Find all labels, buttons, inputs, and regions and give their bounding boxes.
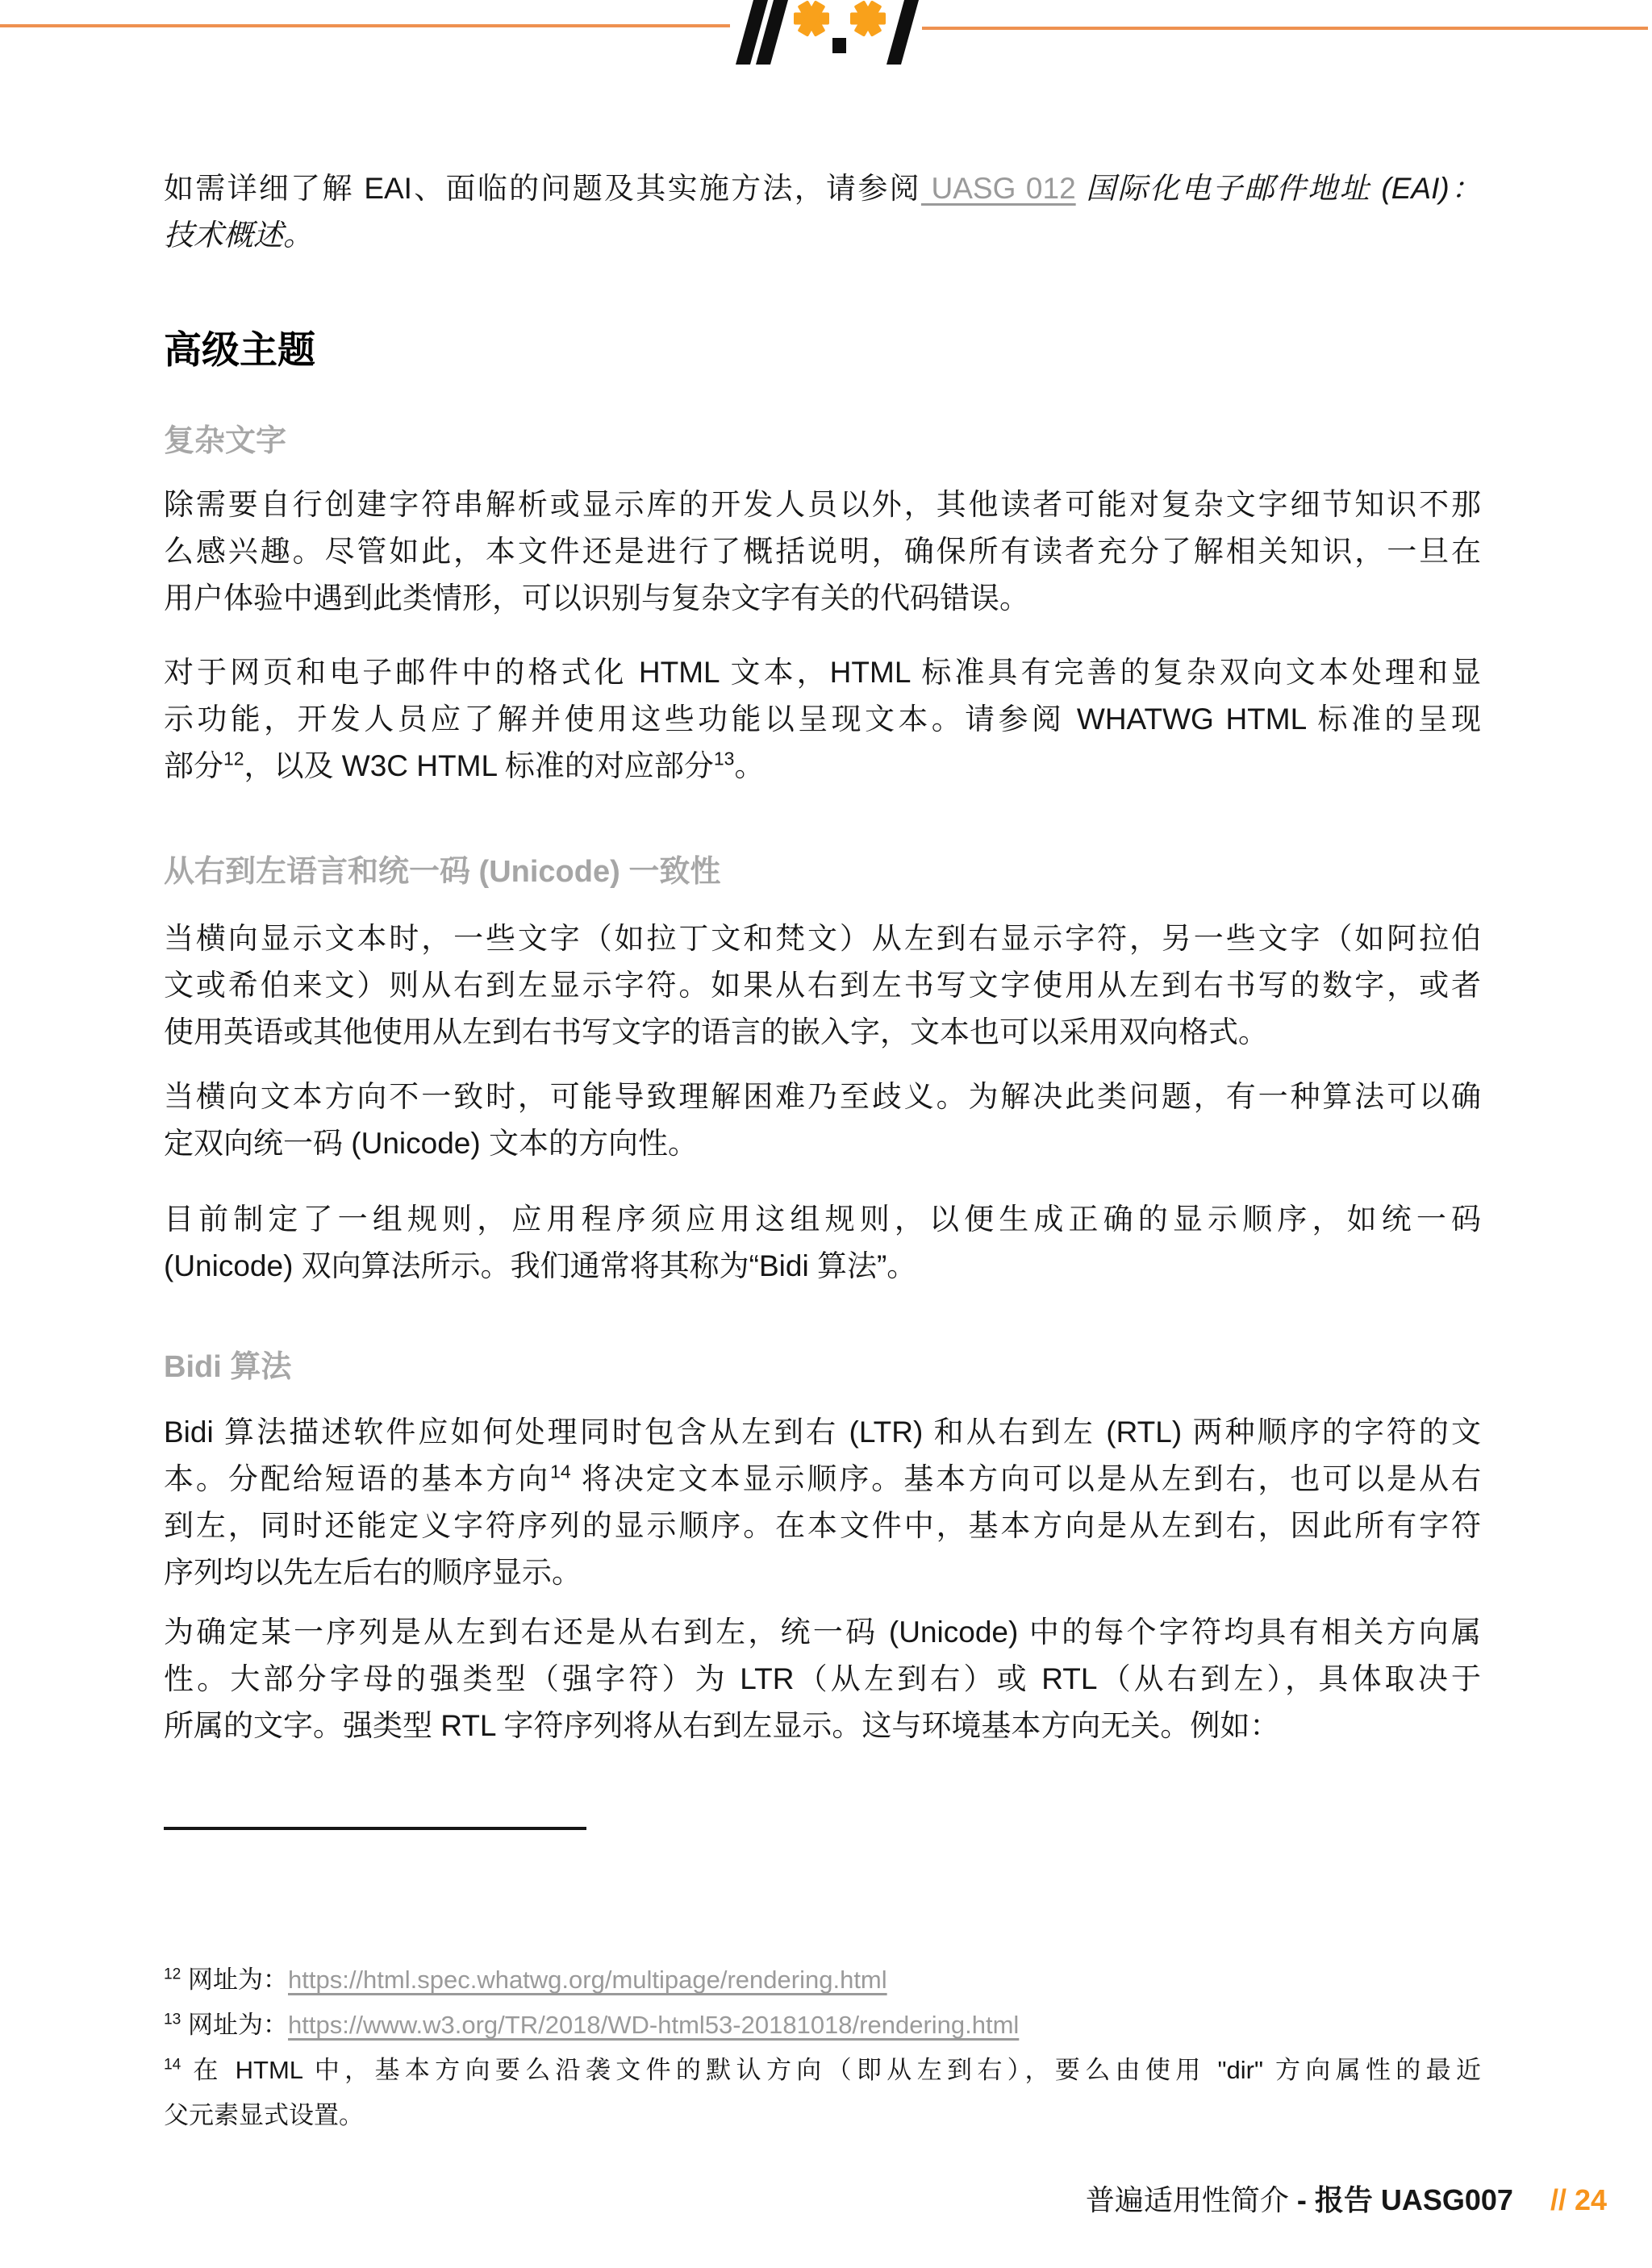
uasg-logo [728,0,940,65]
text-run: 本。分配给短语的基本方向 [164,1462,550,1495]
text-run: 定双向统一码 (Unicode) 文本的方向性。 [164,1127,698,1160]
text-run: 所属的文字。强类型 RTL 字符序列将从右到左显示。这与环境基本方向无关。例如： [164,1709,1279,1742]
footnotes: 12 网址为：https://html.spec.whatwg.org/mult… [164,1957,1481,2138]
text-run: 么感兴趣。尽管如此，本文件还是进行了概括说明，确保所有读者充分了解相关知识，一旦… [164,535,1481,568]
text-line: 定双向统一码 (Unicode) 文本的方向性。 [164,1120,1481,1167]
text-run: 性。大部分字母的强类型（强字符）为 LTR（从左到右）或 RTL（从右到左），具… [164,1662,1481,1695]
body-paragraph: 对于网页和电子邮件中的格式化 HTML 文本，HTML 标准具有完善的复杂双向文… [164,649,1481,790]
text-run: 12 [164,1966,181,1983]
footnote-12-link[interactable]: https://html.spec.whatwg.org/multipage/r… [288,1966,887,1994]
text-run: 。 [734,749,764,782]
text-run: 部分 [164,749,223,782]
footer-page-number: // 24 [1550,2183,1607,2216]
footnote-13-link[interactable]: https://www.w3.org/TR/2018/WD-html53-201… [288,2011,1019,2039]
text-run: 当横向文本方向不一致时，可能导致理解困难乃至歧义。为解决此类问题，有一种算法可以… [164,1080,1481,1113]
page-header [0,0,1652,73]
text-line: 本。分配给短语的基本方向14 将决定文本显示顺序。基本方向可以是从左到右，也可以… [164,1456,1481,1503]
text-run [1076,172,1087,205]
text-line: 目前制定了一组规则，应用程序须应用这组规则，以便生成正确的显示顺序，如统一码 [164,1196,1481,1243]
text-run: (Unicode) 双向算法所示。我们通常将其称为“Bidi 算法”。 [164,1249,916,1282]
footnote: 13 网址为：https://www.w3.org/TR/2018/WD-htm… [164,2003,1481,2048]
text-run: 文或希伯来文）则从右到左显示字符。如果从右到左书写文字使用从左到右书写的数字，或… [164,969,1481,1002]
text-run: 对于网页和电子邮件中的格式化 HTML 文本，HTML 标准具有完善的复杂双向文… [164,656,1481,689]
text-line: 序列均以先左后右的顺序显示。 [164,1549,1481,1596]
text-run: 14 [164,2057,181,2074]
text-line: 父元素显式设置。 [164,2093,1481,2138]
text-line: 除需要自行创建字符串解析或显示库的开发人员以外，其他读者可能对复杂文字细节知识不… [164,482,1481,528]
text-line: 技术概述。 [164,212,1481,259]
document-body: 如需详细了解 EAI、面临的问题及其实施方法，请参阅 UASG 012 国际化电… [164,165,1481,1749]
text-run: 13 [164,2012,181,2028]
text-run: 网址为： [181,2011,288,2039]
text-run: 目前制定了一组规则，应用程序须应用这组规则，以便生成正确的显示顺序，如统一码 [164,1203,1481,1236]
dot-icon [832,38,846,53]
text-run: 父元素显式设置。 [164,2101,364,2129]
document-page: 如需详细了解 EAI、面临的问题及其实施方法，请参阅 UASG 012 国际化电… [0,0,1652,2268]
text-run: Bidi 算法描述软件应如何处理同时包含从左到右 (LTR) 和从右到左 (RT… [164,1415,1481,1449]
text-run: 到左，同时还能定义字符序列的显示顺序。在本文件中，基本方向是从左到右，因此所有字… [164,1509,1481,1542]
text-run: 13 [714,748,735,769]
header-rule-right [922,27,1648,30]
logo-slashes [736,0,919,65]
body-paragraph: 当横向文本方向不一致时，可能导致理解困难乃至歧义。为解决此类问题，有一种算法可以… [164,1074,1481,1167]
text-line: 示功能，开发人员应了解并使用这些功能以呈现文本。请参阅 WHATWG HTML … [164,696,1481,743]
text-line: 使用英语或其他使用从左到右书写文字的语言的嵌入字，文本也可以采用双向格式。 [164,1009,1481,1056]
page-footer: 普遍适用性简介 - 报告 UASG007// 24 [1086,2183,1607,2218]
body-paragraph: Bidi 算法描述软件应如何处理同时包含从左到右 (LTR) 和从右到左 (RT… [164,1409,1481,1596]
text-line: 当横向显示文本时，一些文字（如拉丁文和梵文）从左到右显示字符，另一些文字（如阿拉… [164,915,1481,962]
body-paragraph: 为确定某一序列是从左到右还是从右到左，统一码 (Unicode) 中的每个字符均… [164,1609,1481,1749]
text-run: 14 [550,1461,571,1482]
footnote: 12 网址为：https://html.spec.whatwg.org/mult… [164,1957,1481,2003]
text-run: 12 [223,748,244,769]
text-run: ，以及 W3C HTML 标准的对应部分 [244,749,714,782]
section-heading: 高级主题 [164,325,1481,375]
uasg-012-link[interactable]: UASG 012 [921,172,1076,205]
text-run: 用户体验中遇到此类情形，可以识别与复杂文字有关的代码错误。 [164,582,1029,615]
text-run: 序列均以先左后右的顺序显示。 [164,1556,582,1589]
asterisk-right-icon [850,0,886,37]
footnote-separator [164,1827,586,1830]
text-line: 到左，同时还能定义字符序列的显示顺序。在本文件中，基本方向是从左到右，因此所有字… [164,1503,1481,1549]
text-run: 为确定某一序列是从左到右还是从右到左，统一码 (Unicode) 中的每个字符均… [164,1616,1481,1649]
text-line: 么感兴趣。尽管如此，本文件还是进行了概括说明，确保所有读者充分了解相关知识，一旦… [164,528,1481,575]
body-paragraph: 当横向显示文本时，一些文字（如拉丁文和梵文）从左到右显示字符，另一些文字（如阿拉… [164,915,1481,1056]
text-run: 技术概述。 [164,219,313,252]
text-line: 为确定某一序列是从左到右还是从右到左，统一码 (Unicode) 中的每个字符均… [164,1609,1481,1656]
text-run: 网址为： [181,1966,288,1994]
text-run: 当横向显示文本时，一些文字（如拉丁文和梵文）从左到右显示字符，另一些文字（如阿拉… [164,922,1481,955]
text-line: 用户体验中遇到此类情形，可以识别与复杂文字有关的代码错误。 [164,575,1481,622]
body-paragraph: 除需要自行创建字符串解析或显示库的开发人员以外，其他读者可能对复杂文字细节知识不… [164,482,1481,622]
footer-report-id: - 报告 UASG007 [1297,2183,1513,2216]
asterisk-left-icon [794,0,829,37]
text-run: 示功能，开发人员应了解并使用这些功能以呈现文本。请参阅 WHATWG HTML … [164,702,1481,736]
text-run: 国际化电子邮件地址 (EAI)： [1086,172,1481,205]
text-line: 当横向文本方向不一致时，可能导致理解困难乃至歧义。为解决此类问题，有一种算法可以… [164,1074,1481,1120]
subsection-heading: 复杂文字 [164,422,1481,461]
text-line: (Unicode) 双向算法所示。我们通常将其称为“Bidi 算法”。 [164,1243,1481,1290]
text-line: 文或希伯来文）则从右到左显示字符。如果从右到左书写文字使用从左到右书写的数字，或… [164,962,1481,1009]
subsection-heading: Bidi 算法 [164,1348,1481,1386]
text-line: 13 网址为：https://www.w3.org/TR/2018/WD-htm… [164,2003,1481,2048]
body-paragraph: 如需详细了解 EAI、面临的问题及其实施方法，请参阅 UASG 012 国际化电… [164,165,1481,259]
header-rule-left [0,24,730,27]
text-run: 使用英语或其他使用从左到右书写文字的语言的嵌入字，文本也可以采用双向格式。 [164,1015,1268,1049]
text-line: 12 网址为：https://html.spec.whatwg.org/mult… [164,1957,1481,2003]
text-line: 所属的文字。强类型 RTL 字符序列将从右到左显示。这与环境基本方向无关。例如： [164,1703,1481,1749]
footnote: 14 在 HTML 中，基本方向要么沿袭文件的默认方向（即从左到右），要么由使用… [164,2048,1481,2138]
text-run: 将决定文本显示顺序。基本方向可以是从左到右，也可以是从右 [571,1462,1481,1495]
text-line: Bidi 算法描述软件应如何处理同时包含从左到右 (LTR) 和从右到左 (RT… [164,1409,1481,1456]
text-line: 如需详细了解 EAI、面临的问题及其实施方法，请参阅 UASG 012 国际化电… [164,165,1481,212]
text-line: 部分12，以及 W3C HTML 标准的对应部分13。 [164,743,1481,790]
text-line: 14 在 HTML 中，基本方向要么沿袭文件的默认方向（即从左到右），要么由使用… [164,2048,1481,2093]
text-line: 对于网页和电子邮件中的格式化 HTML 文本，HTML 标准具有完善的复杂双向文… [164,649,1481,696]
footer-doc-title: 普遍适用性简介 [1086,2183,1297,2216]
text-run: 如需详细了解 EAI、面临的问题及其实施方法，请参阅 [164,172,921,205]
slash-icon [886,0,919,65]
subsection-heading: 从右到左语言和统一码 (Unicode) 一致性 [164,853,1481,891]
body-paragraph: 目前制定了一组规则，应用程序须应用这组规则，以便生成正确的显示顺序，如统一码(U… [164,1196,1481,1290]
text-run: 除需要自行创建字符串解析或显示库的开发人员以外，其他读者可能对复杂文字细节知识不… [164,488,1481,521]
document-content: 如需详细了解 EAI、面临的问题及其实施方法，请参阅 UASG 012 国际化电… [0,165,1652,2138]
text-run: 在 HTML 中，基本方向要么沿袭文件的默认方向（即从左到右），要么由使用 "d… [181,2056,1481,2084]
text-line: 性。大部分字母的强类型（强字符）为 LTR（从左到右）或 RTL（从右到左），具… [164,1656,1481,1703]
